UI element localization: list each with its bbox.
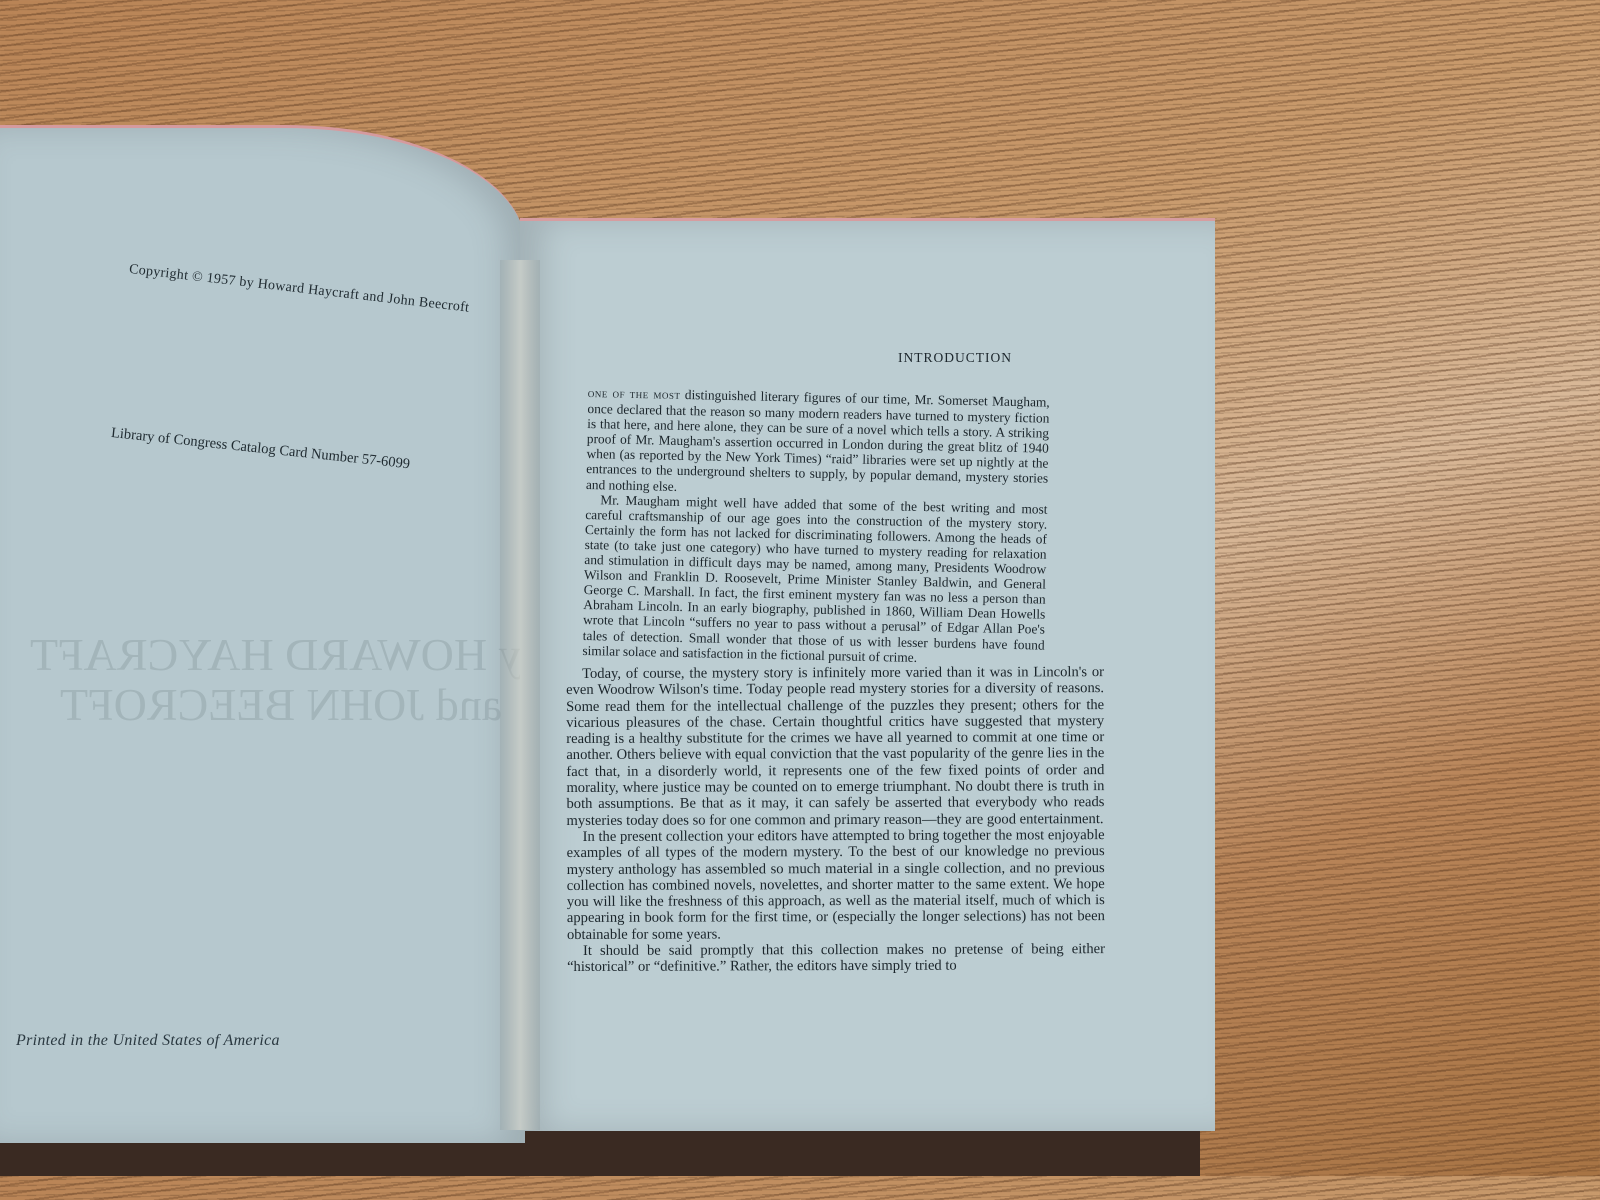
paragraph-1: One of the most distinguished literary f… [586,385,1050,501]
paragraph-2: Mr. Maugham might well have added that s… [582,492,1047,668]
book-gutter [500,260,540,1130]
paragraph-1-body: distinguished literary figures of our ti… [586,387,1050,494]
intro-text-upper: One of the most distinguished literary f… [582,385,1050,667]
paragraph-4: In the present collection your editors h… [567,827,1105,943]
opening-smallcaps: One of the most [588,386,681,402]
printed-in-notice: Printed in the United States of America [16,1032,280,1050]
paragraph-3: Today, of course, the mystery story is i… [566,664,1105,829]
paragraph-5: It should be said promptly that this col… [567,941,1105,975]
show-through-line-2: and JOHN BEECROFT [60,678,502,731]
intro-text-lower: Today, of course, the mystery story is i… [566,664,1105,976]
page-heading: INTRODUCTION [898,350,1012,366]
